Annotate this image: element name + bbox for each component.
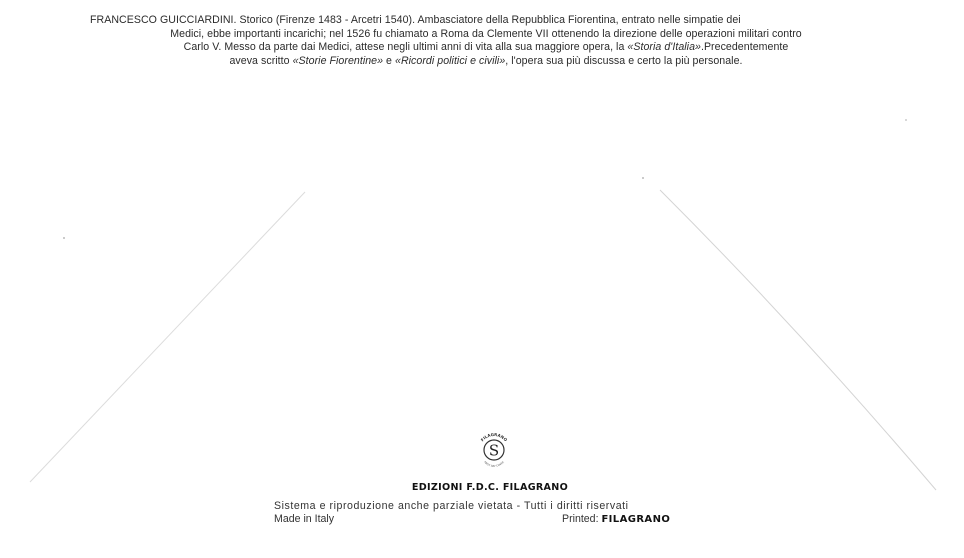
bio-line-1: FRANCESCO GUICCIARDINI. Storico (Firenze… [90, 14, 886, 28]
filagrano-seal-icon: S FILAGRANO FIRST DAY COVER [469, 430, 519, 470]
envelope-flap-lines [0, 0, 964, 558]
publisher-name: EDIZIONI F.D.C. FILAGRANO [260, 482, 720, 493]
made-in-label: Made in Italy [274, 513, 334, 525]
paper-speck [642, 177, 644, 179]
seal-letter: S [489, 442, 499, 460]
storia-ditalia-title: «Storia d'Italia» [627, 41, 701, 53]
bio-line-2: Medici, ebbe importanti incarichi; nel 1… [86, 28, 886, 42]
right-flap-edge [660, 190, 936, 490]
bio-line-3: Carlo V. Messo da parte dai Medici, atte… [86, 41, 886, 55]
printed-by: Printed: FILAGRANO [562, 513, 670, 525]
rights-notice: Sistema e riproduzione anche parziale vi… [274, 500, 700, 512]
ricordi-title: «Ricordi politici e civili» [395, 55, 505, 67]
biography-text: FRANCESCO GUICCIARDINI. Storico (Firenze… [86, 14, 886, 68]
paper-speck [63, 237, 65, 239]
printer-name: FILAGRANO [601, 514, 670, 525]
bio-line-4: aveva scritto «Storie Fiorentine» e «Ric… [86, 55, 886, 69]
storie-fiorentine-title: «Storie Fiorentine» [293, 55, 383, 67]
left-flap-edge [30, 192, 305, 482]
svg-text:FIRST DAY COVER: FIRST DAY COVER [483, 460, 505, 468]
paper-speck [905, 119, 907, 121]
